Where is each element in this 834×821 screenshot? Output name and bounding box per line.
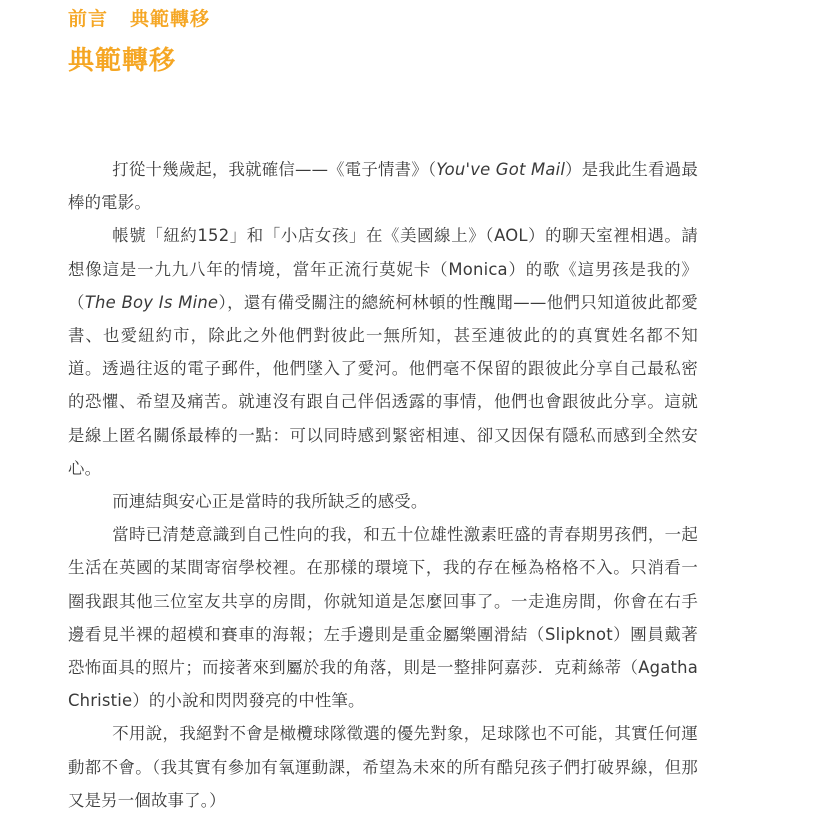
paragraph-2: 帳號「紐約152」和「小店女孩」在《美國線上》（AOL）的聊天室裡相遇。請想像這… <box>68 219 698 485</box>
body-text: 打從十幾歲起，我就確信——《電子情書》（You've Got Mail）是我此生… <box>68 153 698 817</box>
movie-title-english: You've Got Mail <box>436 160 565 179</box>
chapter-title: 典範轉移 <box>68 40 176 77</box>
paragraph-4: 當時已清楚意識到自己性向的我，和五十位雄性激素旺盛的青春期男孩們，一起生活在英國… <box>68 518 698 717</box>
song-title-english: The Boy Is Mine <box>85 293 218 312</box>
running-header: 前言典範轉移 <box>68 4 210 31</box>
paragraph-3: 而連結與安心正是當時的我所缺乏的感受。 <box>68 485 698 518</box>
paragraph-2-text-b: ），還有備受關注的總統柯林頓的性醜聞——他們只知道彼此都愛書、也愛紐約市，除此之… <box>68 293 698 478</box>
running-header-section: 前言 <box>68 8 108 30</box>
paragraph-5: 不用說，我絕對不會是橄欖球隊徵選的優先對象，足球隊也不可能，其實任何運動都不會。… <box>68 717 698 817</box>
paragraph-1-text-a: 打從十幾歲起，我就確信——《電子情書》（ <box>112 160 436 179</box>
paragraph-1: 打從十幾歲起，我就確信——《電子情書》（You've Got Mail）是我此生… <box>68 153 698 219</box>
running-header-title: 典範轉移 <box>130 8 210 30</box>
